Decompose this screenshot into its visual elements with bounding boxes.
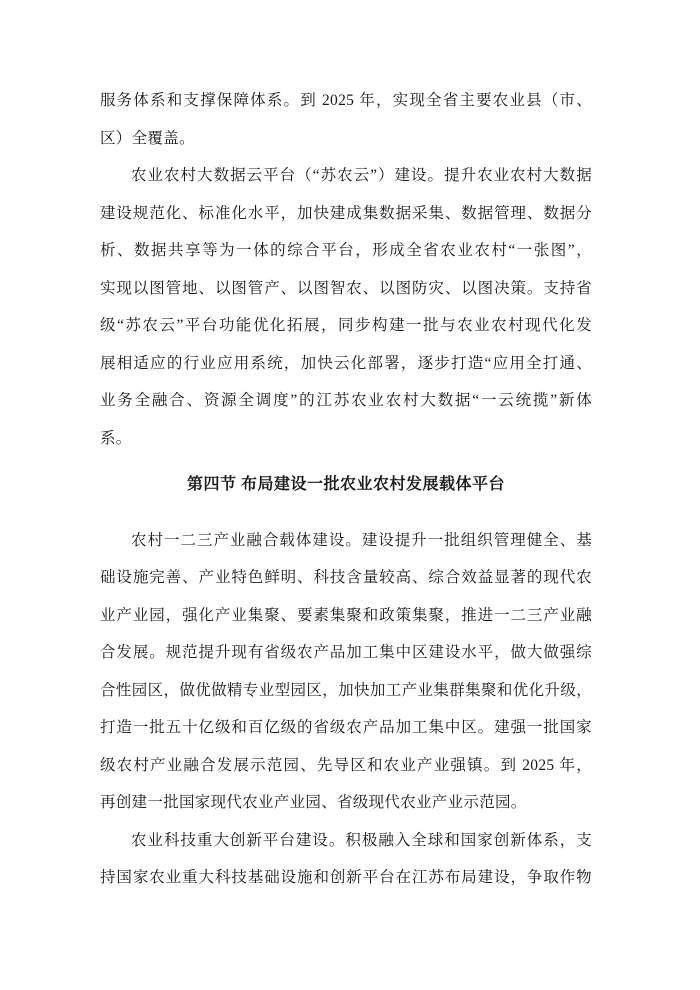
text-line: 系。 (100, 420, 592, 458)
text-line: 农业科技重大创新平台建设。积极融入全球和国家创新体系，支 (100, 822, 592, 860)
text-line: 建设规范化、标准化水平，加快建成集数据采集、数据管理、数据分 (100, 195, 592, 233)
text-line: 服务体系和支撑保障体系。到 2025 年，实现全省主要农业县（市、 (100, 82, 592, 120)
text-line: 区）全覆盖。 (100, 120, 592, 158)
text-line: 农村一二三产业融合载体建设。建设提升一批组织管理健全、基 (100, 522, 592, 560)
text-line: 再创建一批国家现代农业产业园、省级现代农业产业示范园。 (100, 784, 592, 822)
text-line: 级农村产业融合发展示范园、先导区和农业产业强镇。到 2025 年， (100, 747, 592, 785)
text-line: 合性园区，做优做精专业型园区，加快加工产业集群集聚和优化升级， (100, 672, 592, 710)
text-line: 础设施完善、产业特色鲜明、科技含量较高、综合效益显著的现代农 (100, 559, 592, 597)
text-line: 业产业园，强化产业集聚、要素集聚和政策集聚，推进一二三产业融 (100, 597, 592, 635)
text-line: 打造一批五十亿级和百亿级的省级农产品加工集中区。建强一批国家 (100, 709, 592, 747)
text-line: 级“苏农云”平台功能优化拓展，同步构建一批与农业农村现代化发 (100, 307, 592, 345)
section-heading: 第四节 布局建设一批农业农村发展载体平台 (100, 466, 592, 504)
text-line: 展相适应的行业应用系统，加快云化部署，逐步打造“应用全打通、 (100, 345, 592, 383)
text-line: 析、数据共享等为一体的综合平台，形成全省农业农村“一张图”， (100, 232, 592, 270)
text-line: 合发展。规范提升现有省级农产品加工集中区建设水平，做大做强综 (100, 634, 592, 672)
text-line: 持国家农业重大科技基础设施和创新平台在江苏布局建设，争取作物 (100, 859, 592, 897)
text-line: 农业农村大数据云平台（“苏农云”）建设。提升农业农村大数据 (100, 157, 592, 195)
paragraph-industry-fusion-carriers: 农村一二三产业融合载体建设。建设提升一批组织管理健全、基 础设施完善、产业特色鲜… (100, 522, 592, 822)
text-line: 实现以图管地、以图管产、以图智农、以图防灾、以图决策。支持省 (100, 270, 592, 308)
paragraph-sunongyun-cloud-platform: 农业农村大数据云平台（“苏农云”）建设。提升农业农村大数据 建设规范化、标准化水… (100, 157, 592, 457)
paragraph-agri-science-innovation-platform: 农业科技重大创新平台建设。积极融入全球和国家创新体系，支 持国家农业重大科技基础… (100, 822, 592, 897)
paragraph-service-system: 服务体系和支撑保障体系。到 2025 年，实现全省主要农业县（市、 区）全覆盖。 (100, 82, 592, 157)
text-line: 业务全融合、资源全调度”的江苏农业农村大数据“一云统揽”新体 (100, 382, 592, 420)
document-page: 服务体系和支撑保障体系。到 2025 年，实现全省主要农业县（市、 区）全覆盖。… (0, 0, 700, 990)
